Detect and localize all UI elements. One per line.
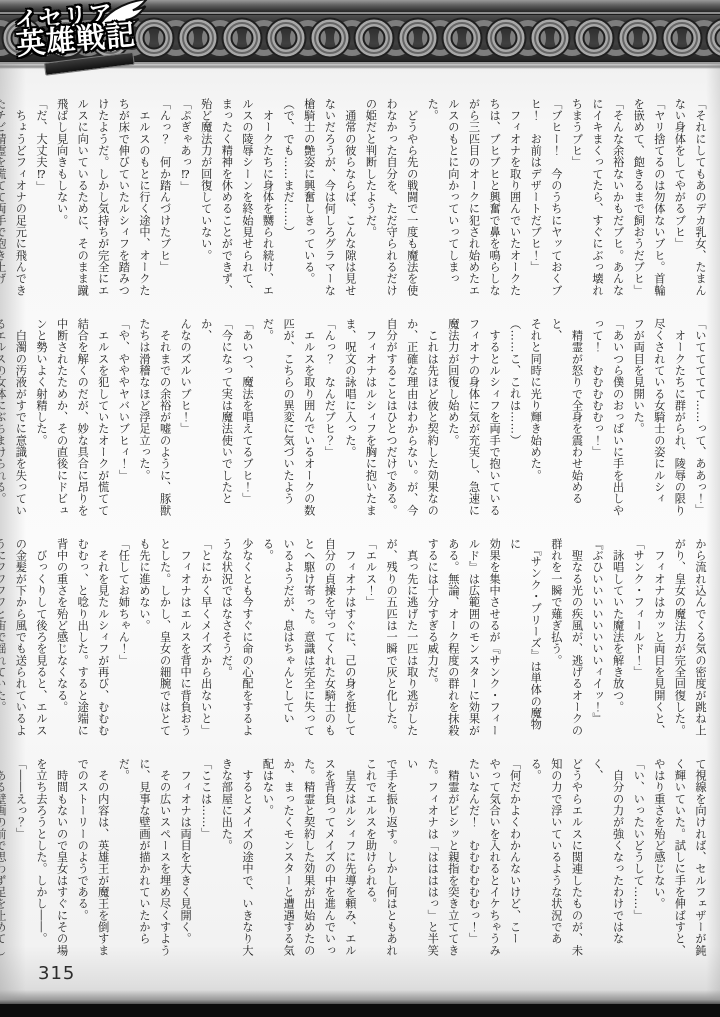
text-column: 真っ先に逃げた一匹は取り逃がした <box>401 538 422 740</box>
text-column: 「だ、大丈夫⁉」 <box>30 98 51 300</box>
page-right-shading <box>706 64 720 1004</box>
text-column: 少なくとも今すぐに命の心配をするよ <box>236 538 257 740</box>
text-column: けたようだ。しかし気持ちが完全にエ <box>92 98 113 300</box>
text-column: がり、皇女の魔法力が完全回復した。 <box>669 538 690 740</box>
text-column: 精霊がビシッと親指を突き立ててき <box>442 758 463 960</box>
text-column: 「任してお姉ちゃん！」 <box>113 538 134 740</box>
text-column: 尽くされている女騎士の姿にルシィ <box>648 318 669 520</box>
text-column: か、まったくモンスターと遭遇する気 <box>278 758 299 960</box>
text-block-4: て視線を向ければ、セルフェザーが鈍く輝いていた。試しに手を伸ばすと、やはり重さを… <box>0 758 710 960</box>
text-column: 「や、やややヤバいブヒィ！」 <box>113 318 134 520</box>
text-column: でのストーリーのようである。 <box>72 758 93 960</box>
text-column: ない身体をしてやがるブヒ」 <box>669 98 690 300</box>
page-number: 315 <box>38 963 75 984</box>
text-column: 自分の貞操を守ってくれた女騎士のも <box>319 538 340 740</box>
text-column: オークたちに身体を嬲られ続け、エ <box>257 98 278 300</box>
text-column: やはり重さを殆ど感じない。 <box>648 758 669 960</box>
page-bottom-shade <box>0 990 720 1004</box>
text-column: オークたちに群がられ、陵辱の限り <box>669 318 690 520</box>
text-column: どうやらエルスに関連したものが、未 <box>566 758 587 960</box>
text-column: 匹が、こちらの異変に気づいたようだ。 <box>257 318 298 520</box>
text-column: ヒ！ お前はデザートだブヒ！」 <box>525 98 546 300</box>
text-block-3: から流れ込んでくる気の密度が跳ね上がり、皇女の魔法力が完全回復した。 フィオナは… <box>0 538 710 740</box>
text-column: 「い、いったいどうして……」 <box>628 758 649 960</box>
text-column: その広いスペースを埋め尽くすよう <box>154 758 175 960</box>
text-column: た。フィオナは「ははははっ」と半笑い <box>401 758 442 960</box>
text-column: 背中の重さを殆ど感じなくなる。 <box>51 538 72 740</box>
text-column: むむっ、と唸り出した。すると途端に <box>72 538 93 740</box>
text-column: フィオナの身体に気が充実し、急速に <box>463 318 484 520</box>
text-column: の姫だと判断したようだ。 <box>360 98 381 300</box>
text-column: 「あいつ、魔法を唱えてるブヒ！」 <box>236 318 257 520</box>
text-block-1: 「それにしてもあのデカ乳女、たまんない身体をしてやがるブヒ」「ヤリ捨てるのは勿体… <box>0 98 710 300</box>
text-column: フィオナはルシィフを胸に抱いたま <box>360 318 381 520</box>
text-column: 結合を解くのだが、妙な具合に昂りを <box>72 318 93 520</box>
text-column: 殆ど魔法力が回復していない。 <box>195 98 216 300</box>
text-column: に、見事な壁画が描かれていたからだ。 <box>113 758 154 960</box>
text-column: も先に進めない。 <box>133 538 154 740</box>
text-column: ある。無論、オーク程度の群れを抹殺 <box>442 538 463 740</box>
text-column: その内容は、英雄王が魔王を倒すま <box>92 758 113 960</box>
text-column: ちは、ブヒブヒと興奮で鼻を鳴らしな <box>483 98 504 300</box>
text-column: 『サンク・ブリーズ』は単体の魔物に <box>504 538 545 740</box>
text-column: 配はない。 <box>257 758 278 960</box>
text-column: 「ここは……」 <box>195 758 216 960</box>
text-column: とした。しかし、皇女の細腕ではとて <box>154 538 175 740</box>
text-column: ルスの陵辱シーンを終始見せられて、 <box>236 98 257 300</box>
text-column: やって気合いを入れるとイケちゃうみ <box>483 758 504 960</box>
text-column: 「サンク・フィールド！」 <box>628 538 649 740</box>
text-column: するとルシィフを両手で抱いている <box>483 318 504 520</box>
text-column: びっくりして後ろを見ると、エルス <box>30 538 51 740</box>
text-column: フィオナを取り囲んでいたオークた <box>504 98 525 300</box>
text-column: 知の力で浮いているような状況である。 <box>525 758 566 960</box>
text-column: たちは滑稽なほど浮足立った。 <box>133 318 154 520</box>
series-logo: イセリア 英雄戦記 <box>13 0 168 76</box>
text-column: これは先ほど彼と契約した効果なの <box>422 318 443 520</box>
text-column: 自分がすることはひとつだけである。 <box>381 318 402 520</box>
text-column: うな状況ではなさそうだ。 <box>216 538 237 740</box>
text-column: ないだろうが、今は何しろグラマーな <box>319 98 340 300</box>
text-column: を立ち去ろうとした。しかし――。 <box>30 758 51 960</box>
text-column: 「ブヒー！ 今のうちにヤッておくブ <box>545 98 566 300</box>
text-column: わなかった自分を、ただ守られるだけ <box>381 98 402 300</box>
text-column: 『ぶひいいいいいいいいィイッ！』 <box>586 538 607 740</box>
text-column: 通常の彼らならば、こんな隙は見せ <box>339 98 360 300</box>
text-column: フが両目を見開いた。 <box>628 318 649 520</box>
text-column: 自分の力が強くなったわけではなく、 <box>586 758 627 960</box>
text-column: が、残りの五匹は一瞬で灰と化した。 <box>381 538 402 740</box>
text-column: それを見たルシィフが再び、むむむ <box>92 538 113 740</box>
text-column: （で、でも……まだ……） <box>278 98 299 300</box>
text-column: 「そんな余裕ないかもだブヒ。あんな <box>607 98 628 300</box>
text-column: とへ駆け寄った。意識は完全に失って <box>298 538 319 740</box>
text-column: 「何だかよくわかんないけど、こー <box>504 758 525 960</box>
text-column: 詠唱していた魔法を解き放つ。 <box>607 538 628 740</box>
text-column: か、正確な理由はわからない。が、今 <box>401 318 422 520</box>
text-column: を嵌めて、飽きるまで飼おうだブヒ」 <box>628 98 649 300</box>
text-column: 「んっ？ 何か踏んづけたブヒ」 <box>154 98 175 300</box>
text-column: 「ぷぎゃあっ⁉」 <box>175 98 196 300</box>
text-column: エルスのもとに行く途中、オークた <box>133 98 154 300</box>
text-column: 「あいつら僕のおっぱいに手を出しや <box>607 318 628 520</box>
text-column: スを背負ってメイズの中を進んでいっ <box>319 758 340 960</box>
text-column: エルスを犯していたオークが慌てて <box>92 318 113 520</box>
text-column: ンと勢いよく射精した。 <box>30 318 51 520</box>
text-column: たいなんだ！ むむむむむむっ！」 <box>463 758 484 960</box>
text-column: く輝いていた。試しに手を伸ばすと、 <box>669 758 690 960</box>
text-column: 「とにかく早くメイズから出ないと」 <box>195 538 216 740</box>
text-column: エルスを取り囲んでいるオークの数 <box>298 318 319 520</box>
text-column: 飛ばし見向きもしない。 <box>51 98 72 300</box>
text-column: （……こ、これは……） <box>504 318 525 520</box>
text-column: ちが床で伸びていたルシィフを踏みつ <box>113 98 134 300</box>
text-column: 精霊が怒りで全身を震わせ始めると、 <box>545 318 586 520</box>
text-column: で手を振り返す。しかし何はともあれ <box>381 758 402 960</box>
text-column: まったく精神を休めることができず、 <box>216 98 237 300</box>
text-column: 聖なる光の疾風が、逃げるオークの <box>566 538 587 740</box>
text-column: がら三匹目のオークに犯され始めたエ <box>463 98 484 300</box>
text-column: んなのズルいブヒ！」 <box>175 318 196 520</box>
text-column: いるようだが、息はちゃんとしている。 <box>257 538 298 740</box>
text-column: するには十分すぎる威力だ。 <box>422 538 443 740</box>
text-column: ルスに向いているために、そのまま蹴 <box>72 98 93 300</box>
book-page: イセリア 英雄戦記 「それにしてもあのデカ乳女、たまんない身体をしてやがるブヒ」… <box>0 0 720 1017</box>
text-column: ま、呪文の詠唱に入った。 <box>339 318 360 520</box>
text-column: ルスのもとに向かっていってしまった。 <box>422 98 463 300</box>
text-column: 皇女はルシィフに先導を頼み、エル <box>339 758 360 960</box>
text-column: それと同時に光り輝き始めた。 <box>525 318 546 520</box>
text-column: 「エルス！」 <box>360 538 381 740</box>
text-column: 「ヤリ捨てるのは勿体ないブヒ。首輪 <box>648 98 669 300</box>
text-column: フィオナはすぐに、己の身を挺して <box>339 538 360 740</box>
text-block-2: 「いててててて……って、ああっ！」 オークたちに群がられ、陵辱の限り尽くされてい… <box>0 318 710 520</box>
text-column: フィオナは両目を大きく見開く。 <box>175 758 196 960</box>
text-column: どうやら先の戦闘で一度も魔法を使 <box>401 98 422 300</box>
text-column: って！ むむむむむっ！」 <box>586 318 607 520</box>
page-bottom-edge <box>0 1004 720 1017</box>
text-column: ちまうブヒ」 <box>566 98 587 300</box>
text-column: 群れを一瞬で薙ぎ払う。 <box>545 538 566 740</box>
text-column: 魔法力が回復し始めた。 <box>442 318 463 520</box>
text-column: 時間もないので皇女はすぐにその場 <box>51 758 72 960</box>
text-column: にイキまくってたら、すぐにぶっ壊れ <box>586 98 607 300</box>
text-column: きな部屋に出た。 <box>216 758 237 960</box>
text-column: ルド』は広範囲のモンスターに効果が <box>463 538 484 740</box>
text-column: 「んっ？ なんだブヒ？」 <box>319 318 340 520</box>
text-column: 効果を集中させるが『サンク・フィー <box>483 538 504 740</box>
text-column: それまでの余裕が嘘のように、豚獣 <box>154 318 175 520</box>
text-column: これでエルスを助けられる。 <box>360 758 381 960</box>
text-column: 中断されたためか、その直後にドビュ <box>51 318 72 520</box>
page-left-shading <box>0 64 26 1004</box>
text-column: 槍騎士の艶姿に興奮しきっている。 <box>298 98 319 300</box>
text-column: フィオナはエルスを背中に背負おう <box>175 538 196 740</box>
text-column: フィオナはカッと両目を見開くと、 <box>648 538 669 740</box>
text-column: た。精霊と契約した効果が出始めたの <box>298 758 319 960</box>
text-column: するとメイズの途中で、いきなり大 <box>236 758 257 960</box>
text-column: 「今になって実は魔法使いでしたとか、 <box>195 318 236 520</box>
